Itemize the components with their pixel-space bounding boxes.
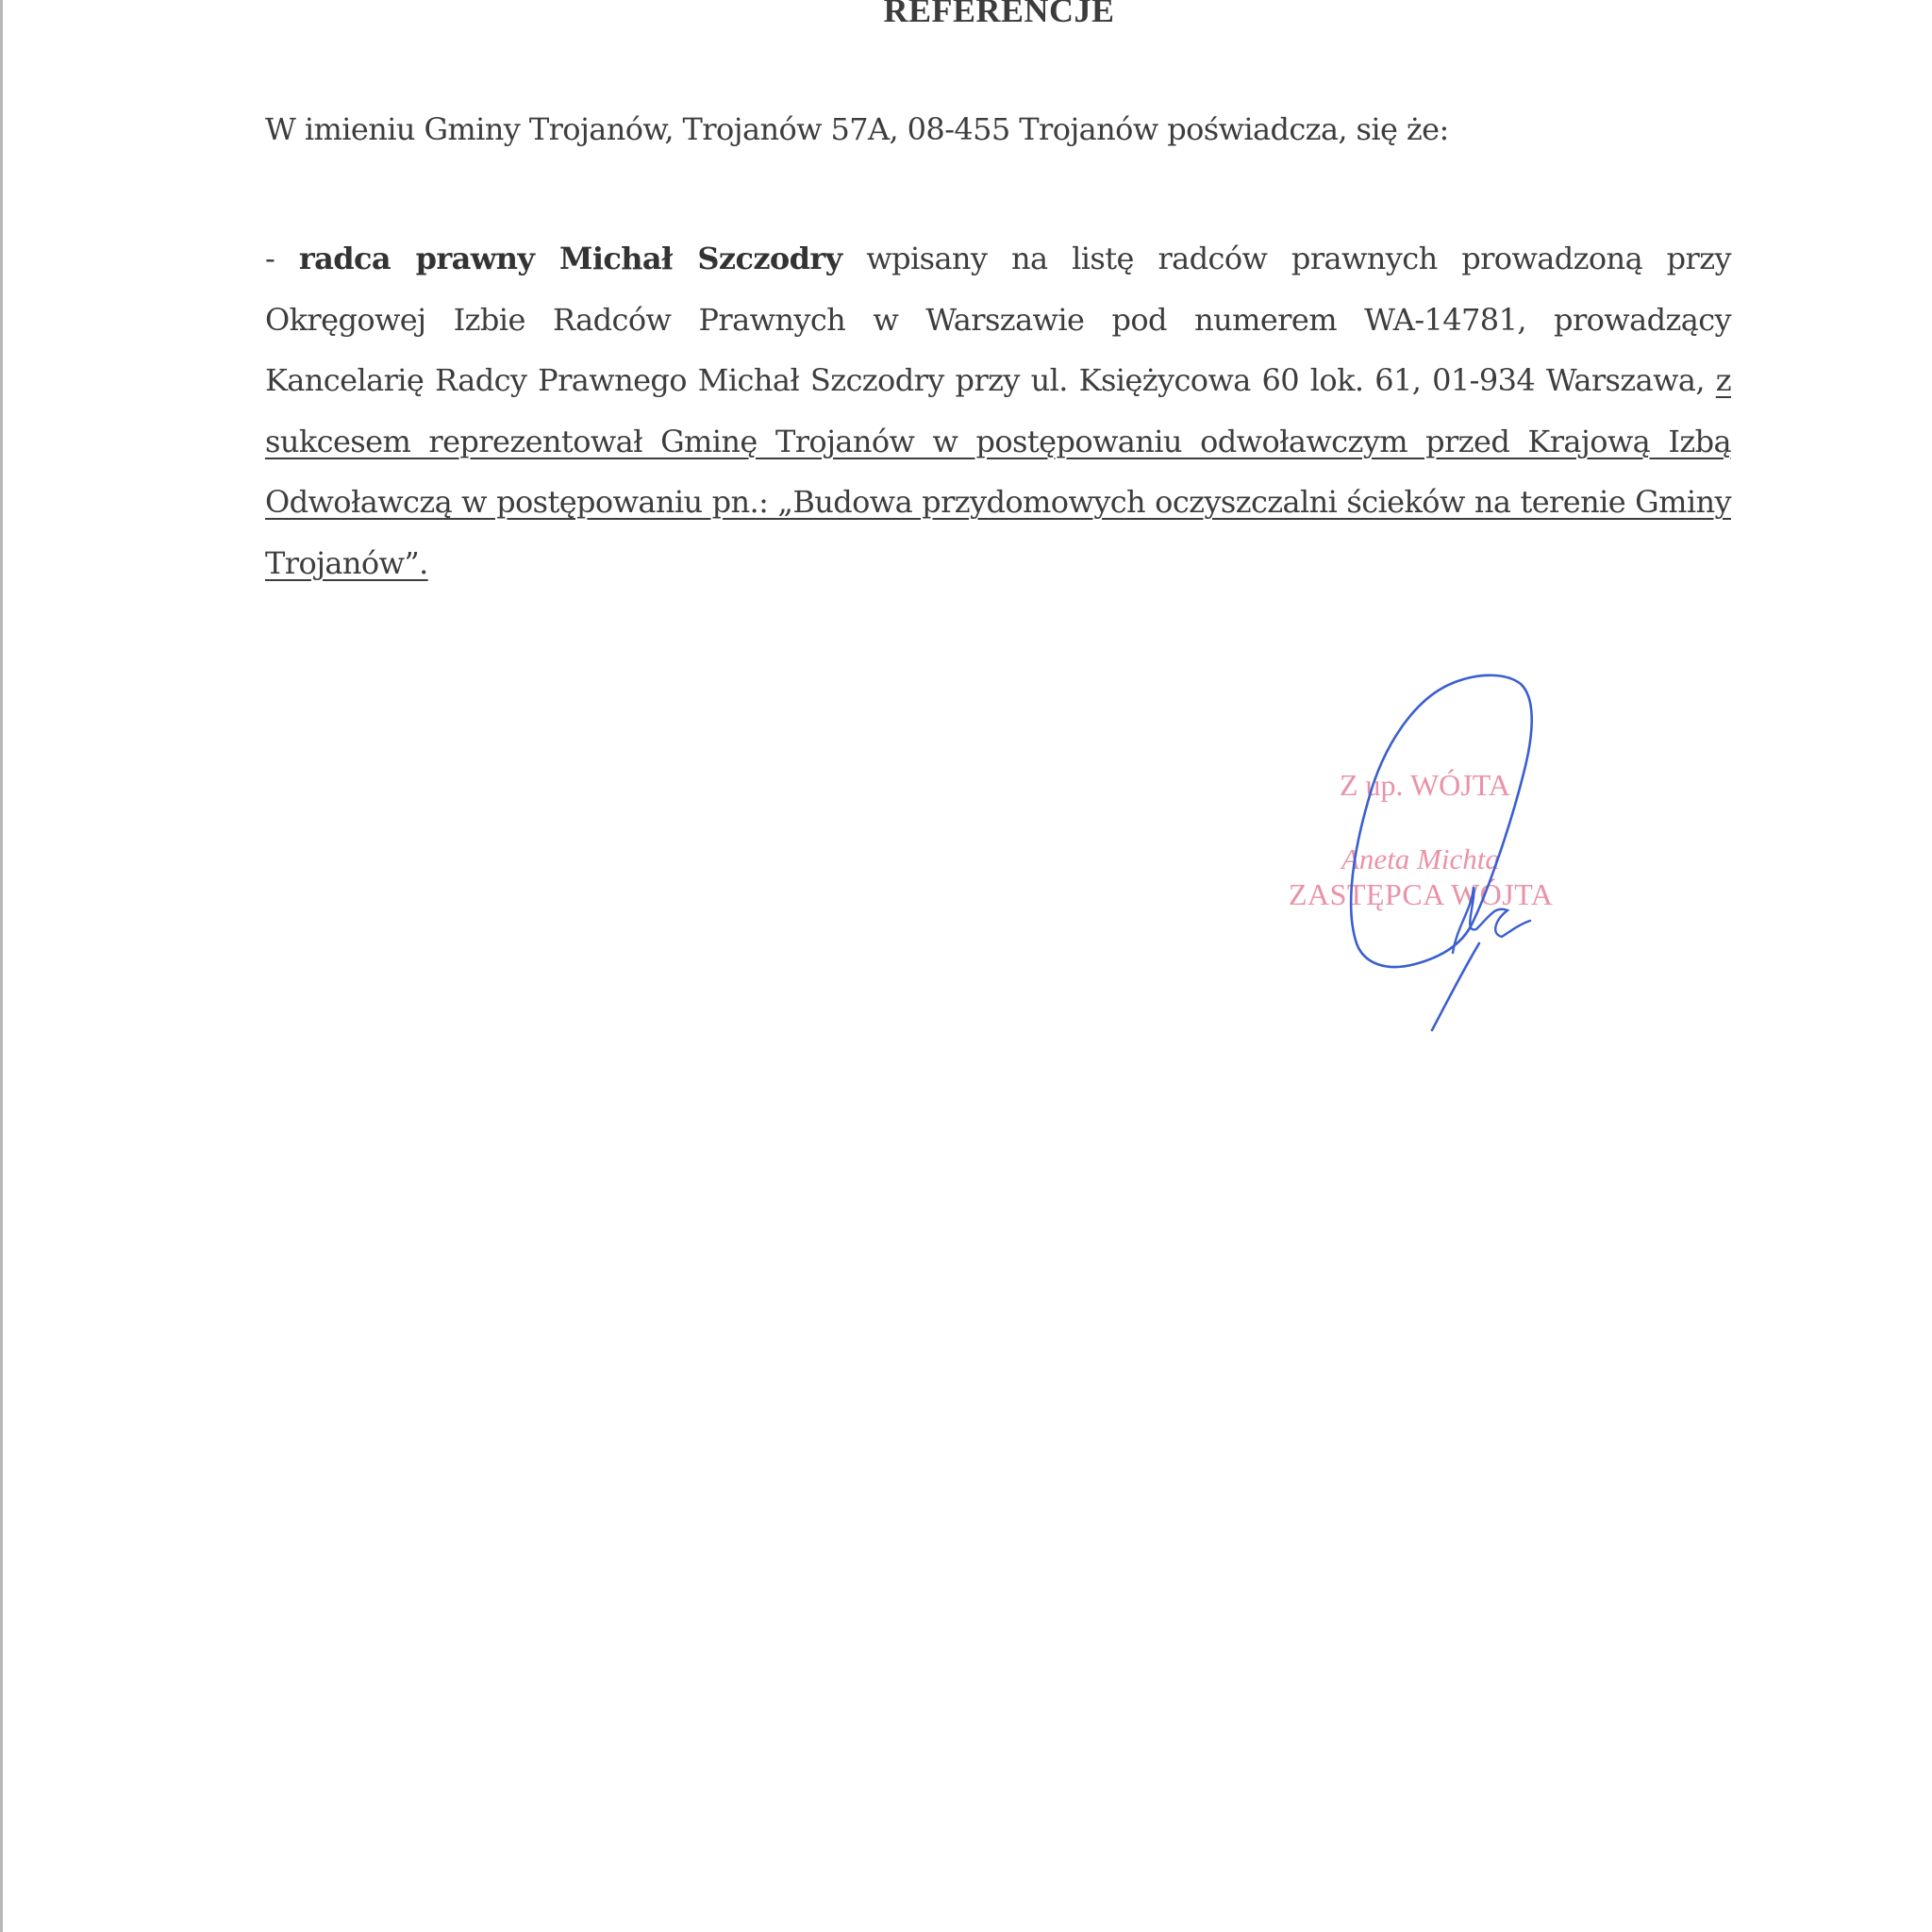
document-title: REFERENCJE xyxy=(0,0,1932,30)
paragraph-dash: - xyxy=(265,241,299,276)
handwritten-signature-icon xyxy=(1321,660,1566,1038)
page-left-edge xyxy=(0,0,3,1932)
lawyer-name: radca prawny Michał Szczodry xyxy=(299,241,842,276)
reference-paragraph: - radca prawny Michał Szczodry wpisany n… xyxy=(265,228,1731,593)
intro-line: W imieniu Gminy Trojanów, Trojanów 57A, … xyxy=(265,111,1449,147)
